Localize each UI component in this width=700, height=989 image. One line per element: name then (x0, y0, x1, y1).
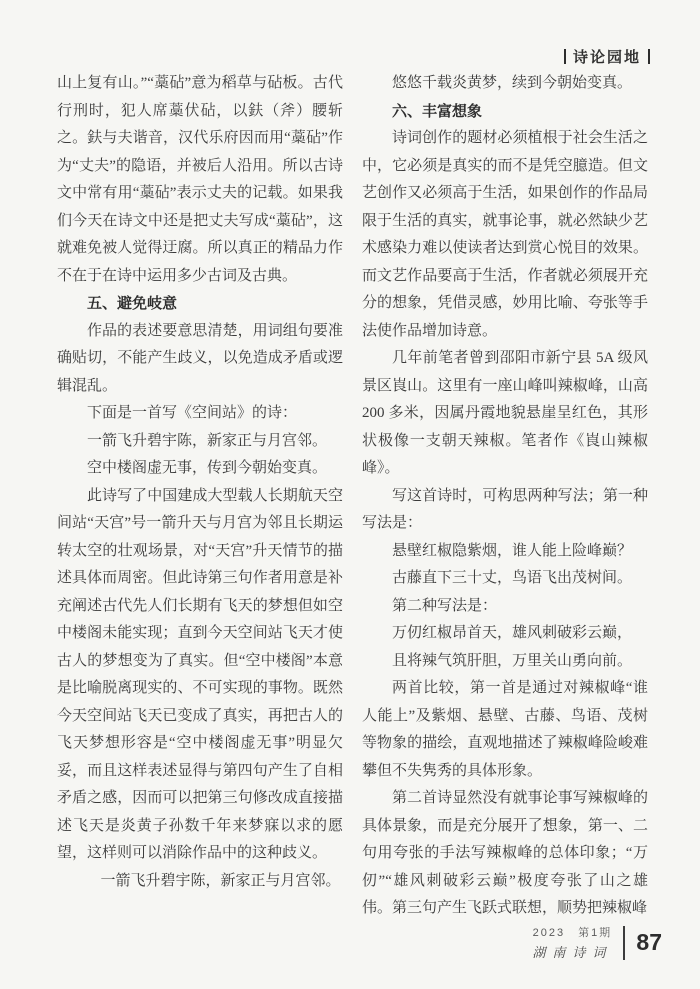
paragraph: 第二首诗显然没有就事论事写辣椒峰的具体景象，而是充分展开了想象，第一、二句用夸张… (362, 785, 648, 923)
page-footer: 2023 第1期 湖南诗词 87 (532, 924, 662, 961)
paragraph: 诗词创作的题材必须植根于社会生活之中，它必须是真实的而不是凭空臆造。但文艺创作又… (362, 125, 648, 345)
page-header: 诗论园地 (564, 46, 650, 67)
header-bar-right-icon (648, 49, 650, 64)
issue-label: 2023 第1期 (532, 924, 612, 940)
footer-meta: 2023 第1期 湖南诗词 (532, 924, 612, 961)
paragraph: 此诗写了中国建成大型载人长期航天空间站“天宫”号一箭升天与月宫为邻且长期运转太空… (57, 483, 343, 868)
paragraph: 写这首诗时，可构思两种写法；第一种写法是： (362, 483, 648, 538)
paragraph: 山上复有山。”“藁砧”意为稻草与砧板。古代行刑时，犯人席藁伏砧，以鈇（斧）腰斩之… (57, 70, 343, 290)
verse-line: 一箭飞升碧宇陈，新家正与月宫邻。 (57, 428, 343, 456)
journal-name: 湖南诗词 (532, 942, 612, 961)
verse-line: 古藤直下三十丈，鸟语飞出茂树间。 (362, 565, 648, 593)
paragraph: 下面是一首写《空间站》的诗： (57, 400, 343, 428)
section-heading: 五、避免岐意 (57, 290, 343, 318)
paragraph: 两首比较，第一首是通过对辣椒峰“谁人能上”及紫烟、悬壁、古藤、鸟语、茂树等物象的… (362, 675, 648, 785)
magazine-page: 诗论园地 山上复有山。”“藁砧”意为稻草与砧板。古代行刑时，犯人席藁伏砧，以鈇（… (0, 0, 700, 989)
right-column: 悠悠千载炎黄梦，续到今朝始变真。 六、丰富想象 诗词创作的题材必须植根于社会生活… (362, 70, 648, 923)
verse-line: 悬壁红椒隐紫烟，谁人能上险峰巅？ (362, 538, 648, 566)
column-title: 诗论园地 (573, 46, 641, 67)
paragraph: 第二种写法是： (362, 593, 648, 621)
footer-divider (623, 926, 625, 960)
verse-line: 且将辣气筑肝胆，万里关山勇向前。 (362, 648, 648, 676)
verse-line: 空中楼阁虚无事，传到今朝始变真。 (57, 455, 343, 483)
page-number: 87 (636, 929, 662, 956)
section-heading: 六、丰富想象 (362, 98, 648, 126)
verse-line: 悠悠千载炎黄梦，续到今朝始变真。 (362, 70, 648, 98)
header-bar-left-icon (564, 49, 566, 64)
paragraph: 几年前笔者曾到邵阳市新宁县 5A 级风景区崀山。这里有一座山峰叫辣椒峰，山高 2… (362, 345, 648, 483)
left-column: 山上复有山。”“藁砧”意为稻草与砧板。古代行刑时，犯人席藁伏砧，以鈇（斧）腰斩之… (57, 70, 343, 923)
verse-line: 一箭飞升碧宇陈，新家正与月宫邻。 (57, 868, 343, 896)
verse-line: 万仞红椒昂首天，雄风刺破彩云巅， (362, 620, 648, 648)
text-columns: 山上复有山。”“藁砧”意为稻草与砧板。古代行刑时，犯人席藁伏砧，以鈇（斧）腰斩之… (57, 70, 648, 923)
paragraph: 作品的表述要意思清楚，用词组句要准确贴切，不能产生歧义，以免造成矛盾或逻辑混乱。 (57, 318, 343, 401)
